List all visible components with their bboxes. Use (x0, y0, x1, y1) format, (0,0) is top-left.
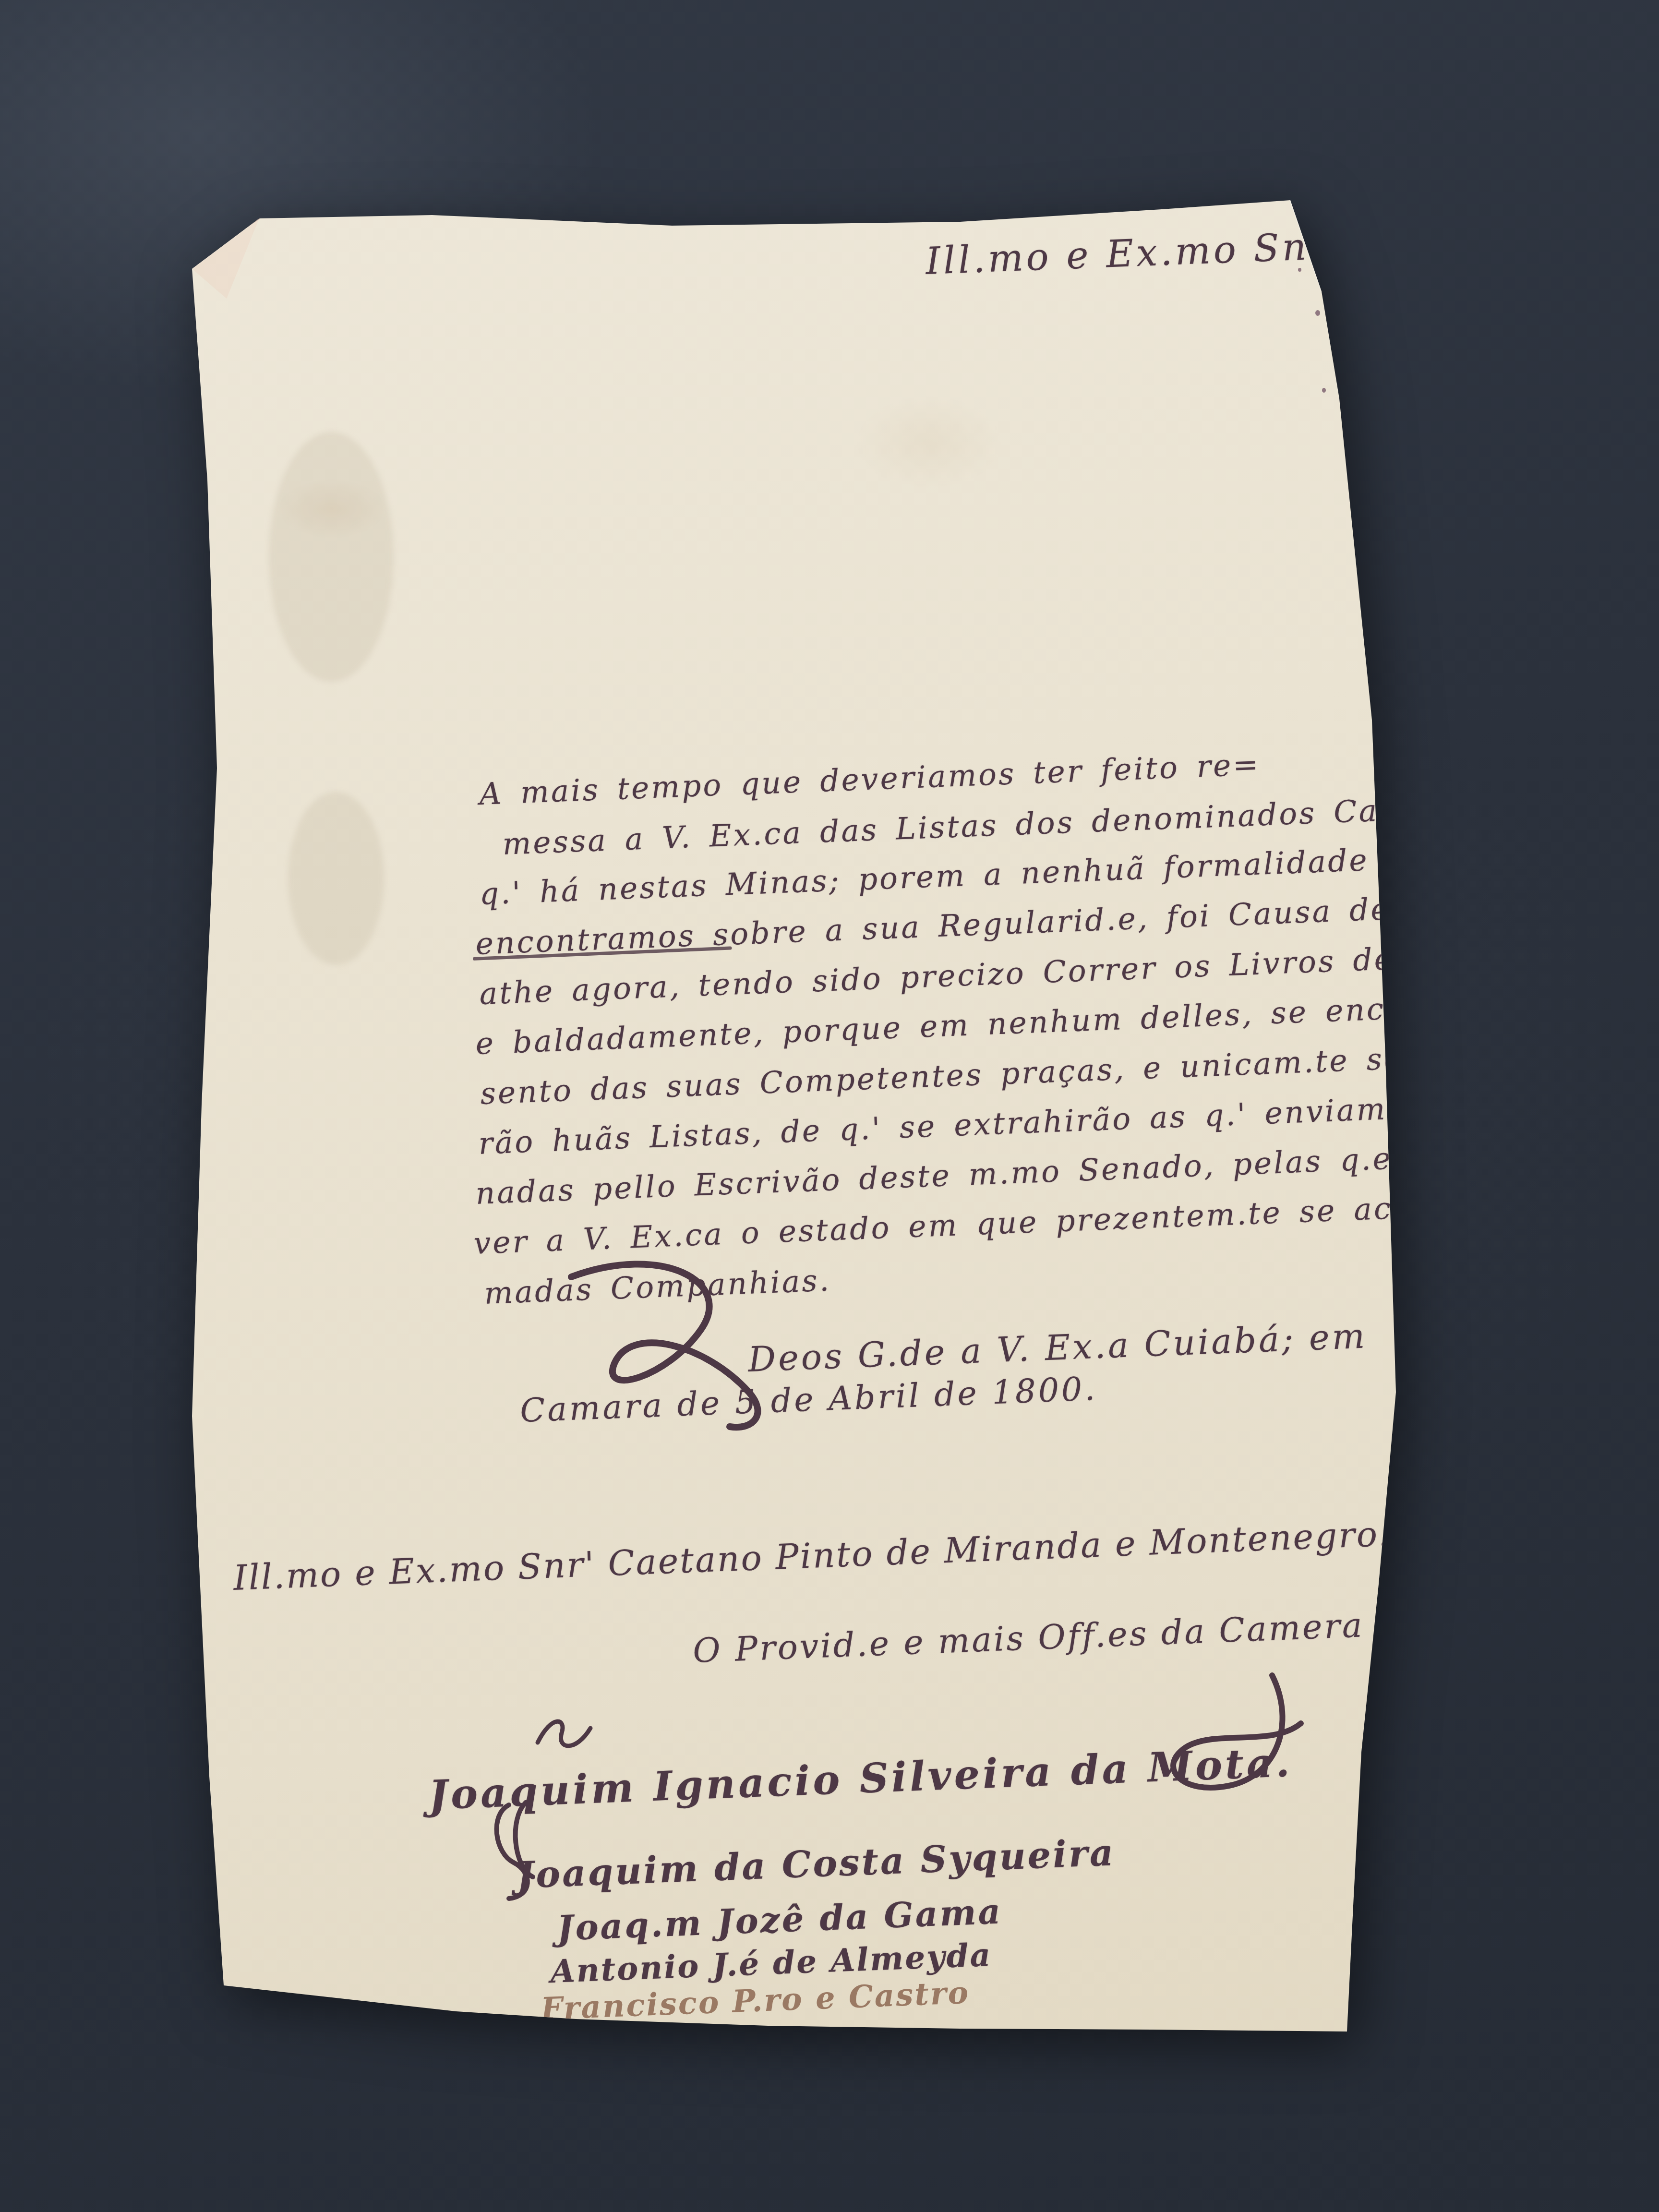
pen-flourish-squiggle-icon (528, 1709, 600, 1757)
ink-speck (1315, 310, 1320, 316)
valediction-line: Deos G.de a V. Ex.a Cuiabá; em (747, 1316, 1368, 1380)
verso-show-through (288, 792, 384, 965)
addressee-line: Ill.mo e Ex.mo Snr' Caetano Pinto de Mir… (233, 1513, 1391, 1598)
edge-stain (141, 498, 151, 504)
office-line: O Provid.e e mais Off.es da Camera (692, 1605, 1365, 1671)
verso-show-through (269, 432, 394, 682)
salutation-heading: Ill.mo e Ex.mo Snr. (925, 224, 1342, 283)
edge-stain (147, 1574, 161, 1581)
paper-shadow: Ill.mo e Ex.mo Snr. A mais tempo que dev… (0, 0, 1659, 2212)
photo-background: Ill.mo e Ex.mo Snr. A mais tempo que dev… (0, 0, 1659, 2212)
signature: Joaquim da Costa Syqueira (516, 1831, 1116, 1897)
paper-sheet: Ill.mo e Ex.mo Snr. A mais tempo que dev… (0, 0, 1659, 2212)
ink-speck (1322, 388, 1326, 393)
